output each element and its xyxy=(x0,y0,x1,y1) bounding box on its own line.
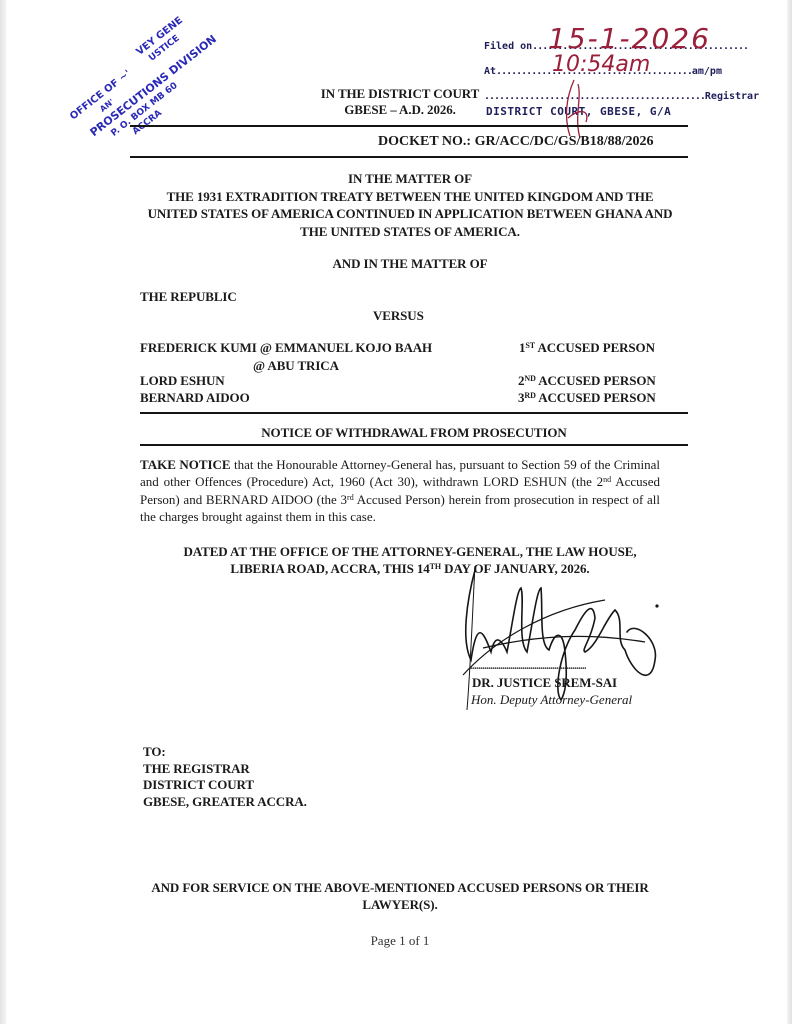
matter-line-3: THE UNITED STATES OF AMERICA. xyxy=(120,223,700,241)
addressee-block: TO: THE REGISTRAR DISTRICT COURT GBESE, … xyxy=(143,744,307,810)
matter-line-2: UNITED STATES OF AMERICA CONTINUED IN AP… xyxy=(120,205,700,223)
notice-sup-2: rd xyxy=(347,493,354,502)
notice-body: TAKE NOTICE that the Honourable Attorney… xyxy=(140,456,660,526)
page-edge-right xyxy=(787,0,792,1024)
filed-at-label: At xyxy=(484,66,496,77)
role-label: ACCUSED PERSON xyxy=(538,390,655,405)
handwritten-date: 15-1-2026 xyxy=(548,22,711,55)
matter-block: IN THE MATTER OF THE 1931 EXTRADITION TR… xyxy=(120,170,700,240)
court-line-2: GBESE – A.D. 2026. xyxy=(300,102,500,118)
addressee-to: TO: xyxy=(143,744,307,761)
service-line-2: LAWYER(S). xyxy=(130,896,670,913)
and-matter-heading: AND IN THE MATTER OF xyxy=(120,256,700,272)
matter-line-1: THE 1931 EXTRADITION TREATY BETWEEN THE … xyxy=(120,188,700,206)
office-stamp: OFFICE OF ~' AN' PROSECUTIONS DIVISION P… xyxy=(55,0,255,140)
role-label: ACCUSED PERSON xyxy=(537,340,654,355)
plaintiff: THE REPUBLIC xyxy=(140,289,237,305)
filed-on-label: Filed on xyxy=(484,41,532,52)
matter-heading: IN THE MATTER OF xyxy=(120,170,700,188)
handwritten-time: 10:54am xyxy=(552,52,650,77)
am-pm-label: am/pm xyxy=(692,66,722,77)
role-label: ACCUSED PERSON xyxy=(538,373,655,388)
accused-2-role: 2ND ACCUSED PERSON xyxy=(518,373,656,389)
registrar-row: ........................................… xyxy=(484,91,759,102)
docket-value: GR/ACC/DC/GS/B18/88/2026 xyxy=(475,134,654,149)
dated-line-1: DATED AT THE OFFICE OF THE ATTORNEY-GENE… xyxy=(150,543,670,560)
court-line-1: IN THE DISTRICT COURT xyxy=(300,86,500,102)
addressee-line-1: THE REGISTRAR xyxy=(143,761,307,778)
accused-1-alias: @ ABU TRICA xyxy=(253,358,339,374)
signatory-name: DR. JUSTICE SREM-SAI xyxy=(472,675,617,691)
accused-1-role: 1ST ACCUSED PERSON xyxy=(519,340,655,356)
service-line-1: AND FOR SERVICE ON THE ABOVE-MENTIONED A… xyxy=(130,879,670,896)
rule-docket xyxy=(130,156,688,158)
ordinal-suffix: ST xyxy=(525,341,535,350)
court-heading: IN THE DISTRICT COURT GBESE – A.D. 2026. xyxy=(300,86,500,118)
accused-1-name: FREDERICK KUMI @ EMMANUEL KOJO BAAH xyxy=(140,340,432,356)
signature-dots: ........................................… xyxy=(470,661,586,672)
accused-3-role: 3RD ACCUSED PERSON xyxy=(518,390,656,406)
notice-sup-1: nd xyxy=(603,475,611,484)
dated-line-2a: LIBERIA ROAD, ACCRA, THIS 14 xyxy=(230,561,429,576)
accused-3-name: BERNARD AIDOO xyxy=(140,390,250,406)
service-block: AND FOR SERVICE ON THE ABOVE-MENTIONED A… xyxy=(130,879,670,913)
docket-number: DOCKET NO.: GR/ACC/DC/GS/B18/88/2026 xyxy=(378,134,654,150)
docket-label: DOCKET NO.: xyxy=(378,134,471,149)
addressee-line-2: DISTRICT COURT xyxy=(143,777,307,794)
notice-title: NOTICE OF WITHDRAWAL FROM PROSECUTION xyxy=(140,425,688,441)
registrar-label: Registrar xyxy=(705,91,759,102)
page-edge-left xyxy=(0,0,6,1024)
ordinal-suffix: ND xyxy=(524,374,535,383)
signatory-title: Hon. Deputy Attorney-General xyxy=(471,692,632,708)
addressee-line-3: GBESE, GREATER ACCRA. xyxy=(143,794,307,811)
dated-sup: TH xyxy=(430,562,441,571)
ordinal-suffix: RD xyxy=(524,391,535,400)
accused-2-name: LORD ESHUN xyxy=(140,373,225,389)
notice-lead: TAKE NOTICE xyxy=(140,457,231,472)
page-number: Page 1 of 1 xyxy=(300,933,500,949)
versus-label: VERSUS xyxy=(373,308,424,324)
rule-notice-top xyxy=(140,412,688,414)
rule-notice-bottom xyxy=(140,444,688,446)
rule-top xyxy=(130,125,688,127)
